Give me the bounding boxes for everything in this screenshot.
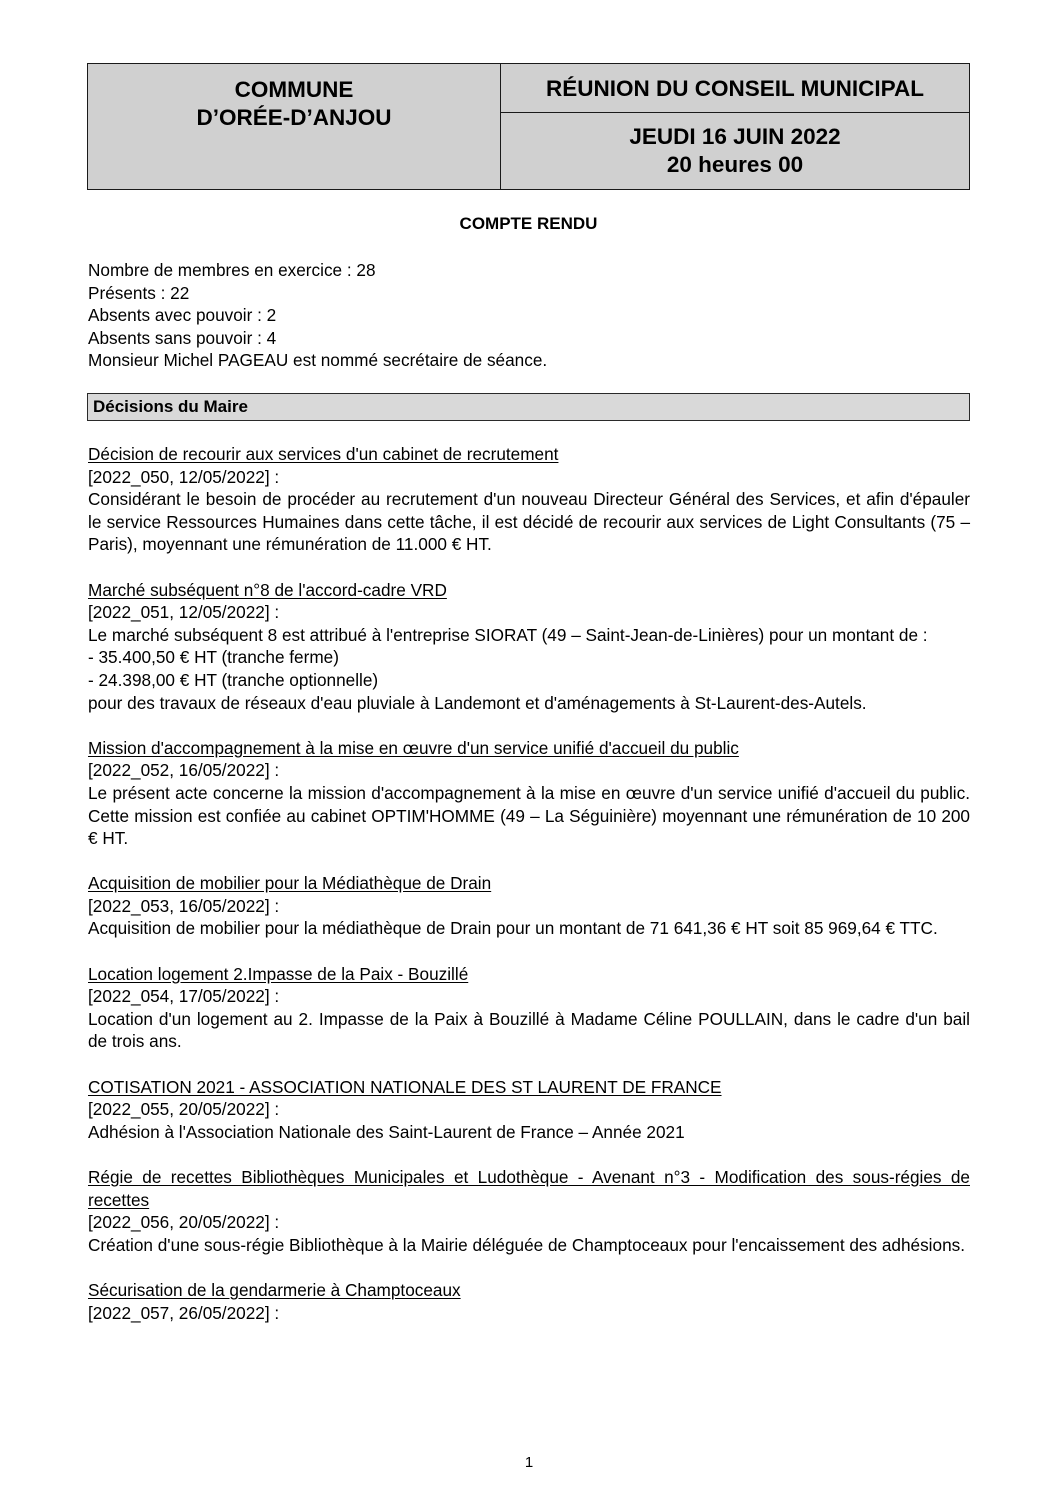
commune-name-line2: D’ORÉE-D’ANJOU	[88, 104, 500, 132]
decision-amount-item: - 35.400,50 € HT (tranche ferme)	[88, 646, 970, 669]
decision-reference: [2022_057, 26/05/2022] :	[88, 1302, 970, 1325]
decision-reference: [2022_051, 12/05/2022] :	[88, 601, 970, 624]
decision-title: Location logement 2.Impasse de la Paix -…	[88, 963, 970, 986]
decision-title: Acquisition de mobilier pour la Médiathè…	[88, 872, 970, 895]
meeting-date: JEUDI 16 JUIN 2022	[501, 123, 969, 151]
document-title: COMPTE RENDU	[87, 213, 970, 235]
decision-reference: [2022_054, 17/05/2022] :	[88, 985, 970, 1008]
decision-title: Marché subséquent n°8 de l'accord-cadre …	[88, 579, 970, 602]
decision-title: Sécurisation de la gendarmerie à Champto…	[88, 1279, 970, 1302]
decision-reference: [2022_050, 12/05/2022] :	[88, 466, 970, 489]
decision-item: Décision de recourir aux services d'un c…	[88, 443, 970, 556]
decision-body: Création d'une sous-régie Bibliothèque à…	[88, 1234, 970, 1257]
decision-item: COTISATION 2021 - ASSOCIATION NATIONALE …	[88, 1076, 970, 1144]
decision-item: Régie de recettes Bibliothèques Municipa…	[88, 1166, 970, 1256]
decision-body: Le présent acte concerne la mission d'ac…	[88, 782, 970, 850]
decision-body-continued: pour des travaux de réseaux d'eau pluvia…	[88, 692, 970, 715]
page-number: 1	[0, 1454, 1058, 1472]
meeting-title: RÉUNION DU CONSEIL MUNICIPAL	[501, 64, 969, 113]
absent-without-proxy-count: Absents sans pouvoir : 4	[88, 327, 970, 350]
meeting-datetime-cell: JEUDI 16 JUIN 2022 20 heures 00	[501, 113, 969, 189]
decision-title: COTISATION 2021 - ASSOCIATION NATIONALE …	[88, 1076, 970, 1099]
decision-title: Régie de recettes Bibliothèques Municipa…	[88, 1166, 970, 1211]
attendance-block: Nombre de membres en exercice : 28 Prése…	[88, 259, 970, 372]
decision-body: Acquisition de mobilier pour la médiathè…	[88, 917, 970, 940]
decision-item: Sécurisation de la gendarmerie à Champto…	[88, 1279, 970, 1324]
members-in-office: Nombre de membres en exercice : 28	[88, 259, 970, 282]
commune-cell: COMMUNE D’ORÉE-D’ANJOU	[88, 64, 501, 189]
header-table: COMMUNE D’ORÉE-D’ANJOU RÉUNION DU CONSEI…	[87, 63, 970, 190]
decision-title: Décision de recourir aux services d'un c…	[88, 443, 970, 466]
decision-reference: [2022_055, 20/05/2022] :	[88, 1098, 970, 1121]
decision-body: Location d'un logement au 2. Impasse de …	[88, 1008, 970, 1053]
decision-item: Location logement 2.Impasse de la Paix -…	[88, 963, 970, 1053]
present-count: Présents : 22	[88, 282, 970, 305]
decision-item: Marché subséquent n°8 de l'accord-cadre …	[88, 579, 970, 715]
decision-amount-item: - 24.398,00 € HT (tranche optionnelle)	[88, 669, 970, 692]
decision-body: Adhésion à l'Association Nationale des S…	[88, 1121, 970, 1144]
absent-with-proxy-count: Absents avec pouvoir : 2	[88, 304, 970, 327]
decision-reference: [2022_053, 16/05/2022] :	[88, 895, 970, 918]
decision-body: Le marché subséquent 8 est attribué à l'…	[88, 624, 970, 647]
meeting-time: 20 heures 00	[501, 151, 969, 179]
session-secretary: Monsieur Michel PAGEAU est nommé secréta…	[88, 349, 970, 372]
decision-reference: [2022_052, 16/05/2022] :	[88, 759, 970, 782]
decision-body: Considérant le besoin de procéder au rec…	[88, 488, 970, 556]
decision-item: Mission d'accompagnement à la mise en œu…	[88, 737, 970, 850]
section-header-mayor-decisions: Décisions du Maire	[87, 393, 970, 421]
commune-name-line1: COMMUNE	[88, 76, 500, 104]
decisions-list: Décision de recourir aux services d'un c…	[88, 443, 970, 1347]
decision-title: Mission d'accompagnement à la mise en œu…	[88, 737, 970, 760]
decision-item: Acquisition de mobilier pour la Médiathè…	[88, 872, 970, 940]
decision-reference: [2022_056, 20/05/2022] :	[88, 1211, 970, 1234]
